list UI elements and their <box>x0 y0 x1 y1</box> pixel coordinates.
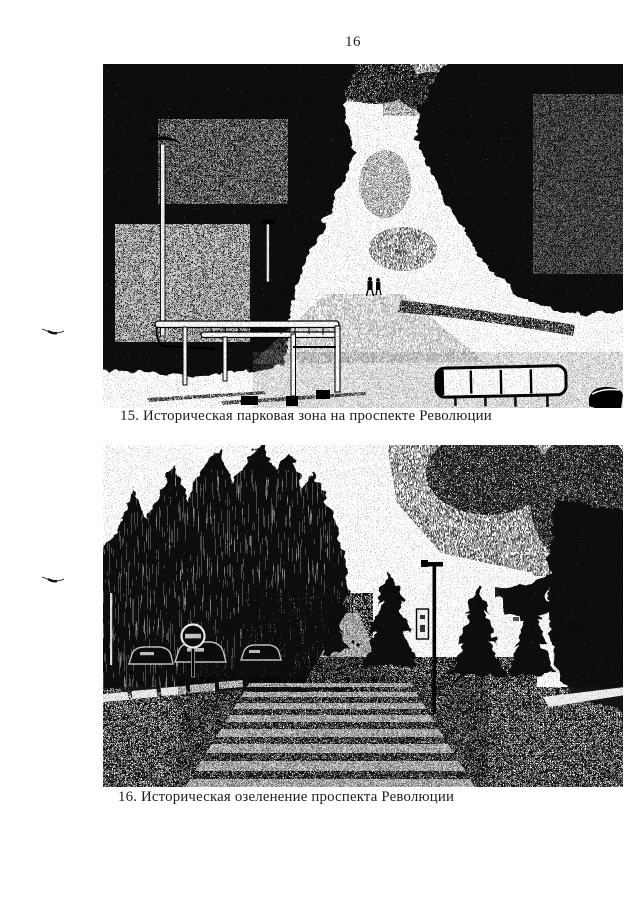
squiggle-mark-icon <box>40 572 66 586</box>
photo-avenue-crosswalk <box>103 445 623 787</box>
page-number: 16 <box>0 34 640 51</box>
figure-16 <box>103 445 623 787</box>
photo-park-alley <box>103 64 623 408</box>
figure-15 <box>103 64 623 408</box>
figure-15-caption: 15. Историческая парковая зона на проспе… <box>120 408 492 425</box>
squiggle-mark-icon <box>40 324 66 338</box>
figure-16-caption: 16. Историческая озеленение проспекта Ре… <box>118 789 454 806</box>
margin-mark <box>40 572 66 591</box>
margin-mark <box>40 324 66 343</box>
